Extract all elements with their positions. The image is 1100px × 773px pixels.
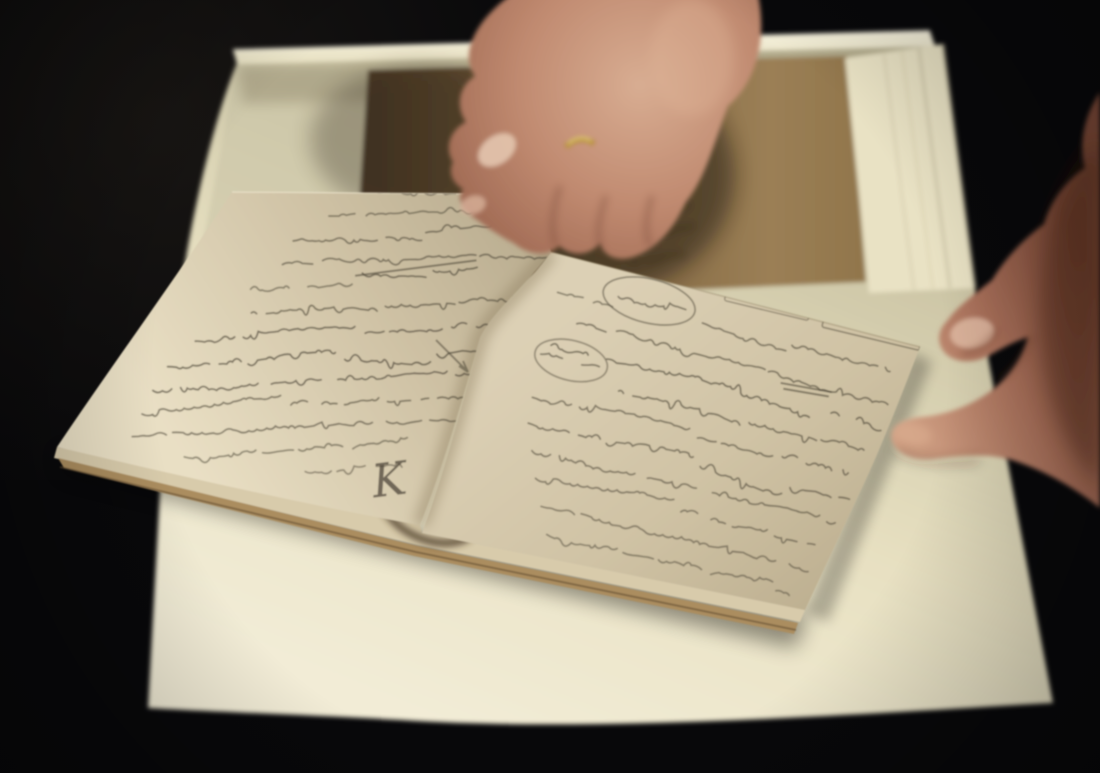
photo-of-manuscript-notebook: K — [0, 0, 1100, 773]
vignette-overlay — [0, 0, 1100, 773]
